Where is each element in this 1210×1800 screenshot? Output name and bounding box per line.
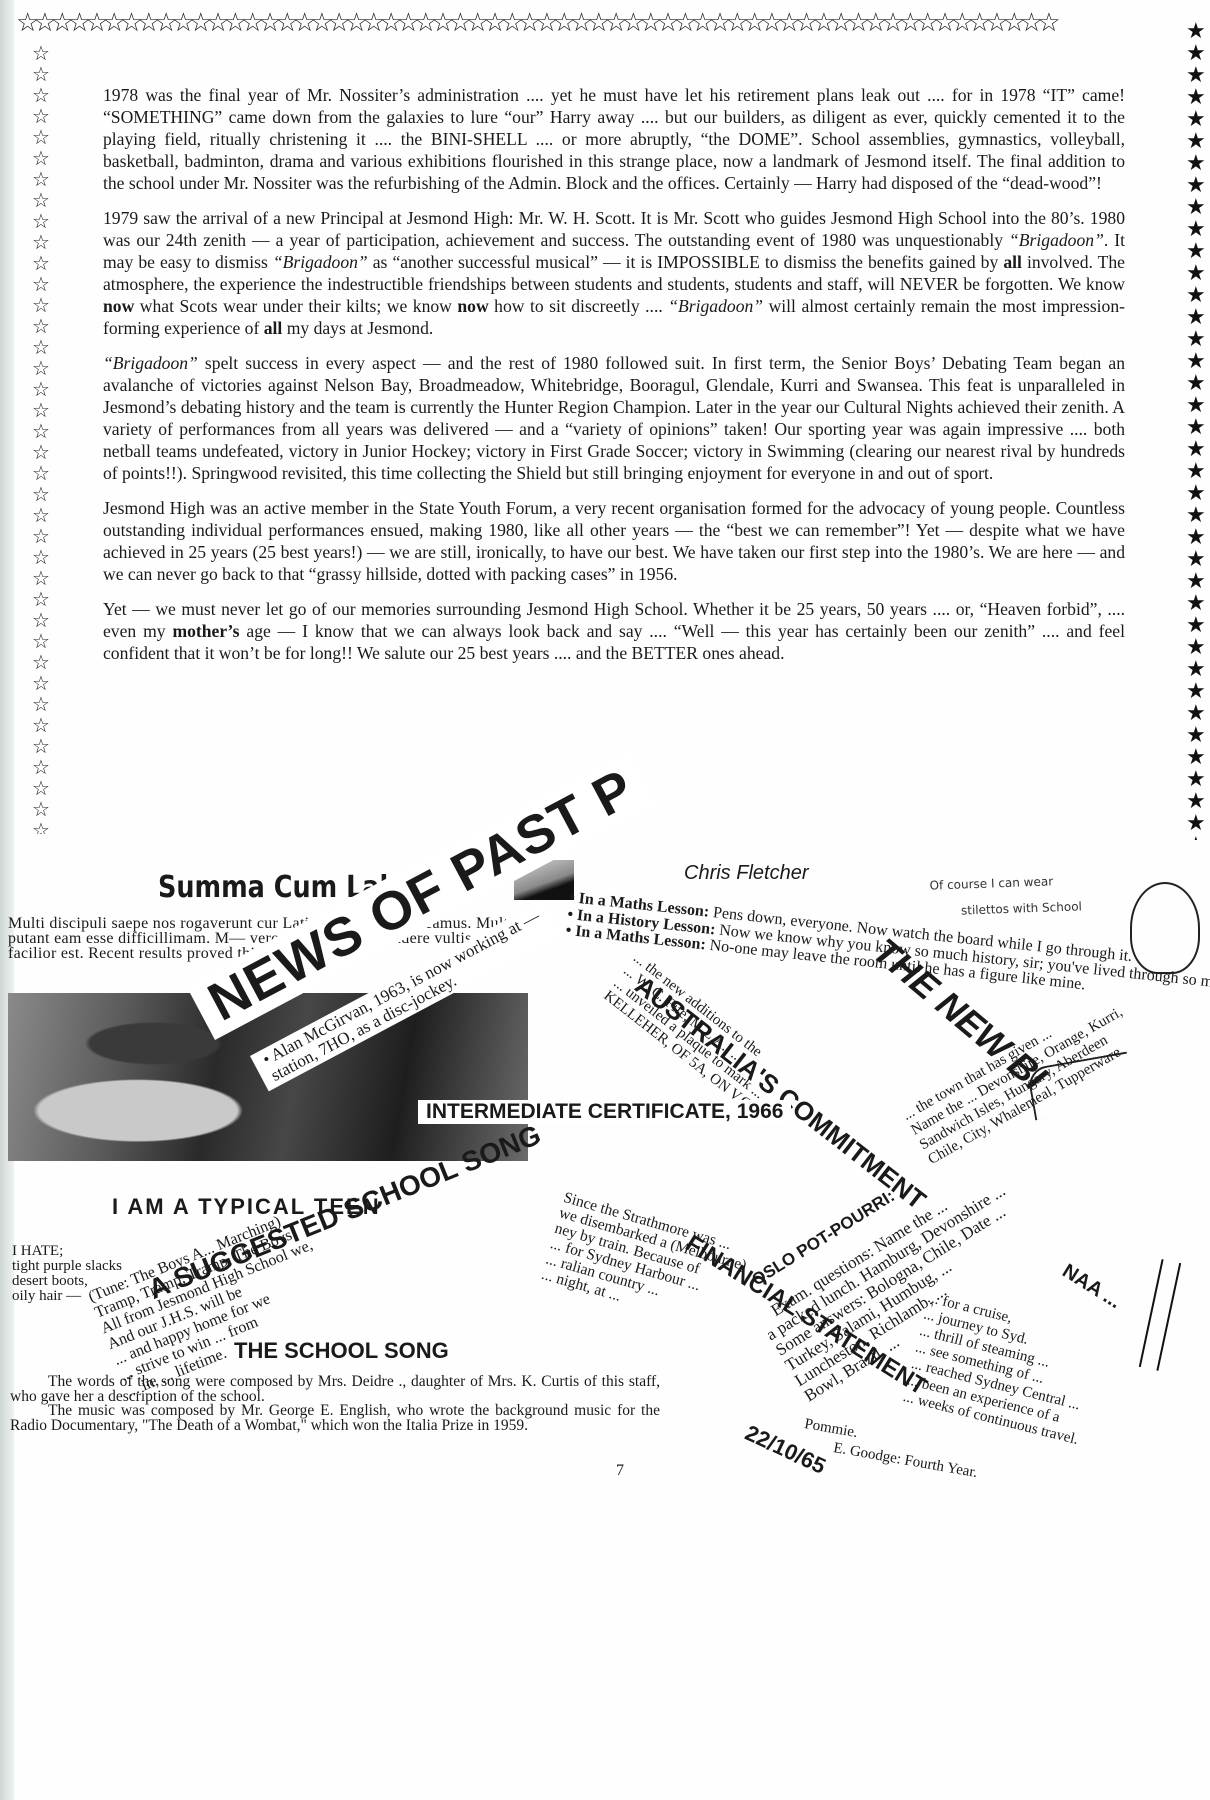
naa-headline: NAA ... xyxy=(1058,1260,1125,1314)
article-paragraph: 1978 was the final year of Mr. Nossiter’… xyxy=(103,84,1125,194)
article-body: 1978 was the final year of Mr. Nossiter’… xyxy=(103,84,1125,677)
article-paragraph: Jesmond High was an active member in the… xyxy=(103,497,1125,585)
song-note-paragraph: The music was composed by Mr. George E. … xyxy=(10,1404,660,1433)
article-paragraph: 1979 saw the arrival of a new Principal … xyxy=(103,207,1125,339)
star-border-left: ☆☆☆☆☆☆☆☆☆☆☆☆☆☆☆☆☆☆☆☆☆☆☆☆☆☆☆☆☆☆☆☆☆☆☆☆☆☆☆☆ xyxy=(32,44,56,834)
song-note-paragraph: The words of the song were composed by M… xyxy=(10,1375,660,1404)
news-clippings-collage: Summa Cum Labore Multi discipuli saepe n… xyxy=(0,860,1210,1560)
the-school-song-heading: THE SCHOOL SONG xyxy=(234,1338,449,1364)
star-border-top: ☆☆☆☆☆☆☆☆☆☆☆☆☆☆☆☆☆☆☆☆☆☆☆☆☆☆☆☆☆☆☆☆☆☆☆☆☆☆☆☆… xyxy=(16,8,1184,38)
girl-face-drawing-icon xyxy=(1130,882,1200,974)
cruise-clipping: ... for a cruise, ... journey to Syd. ..… xyxy=(901,1290,1104,1449)
handwritten-note: Of course I can wear stilettos with Scho… xyxy=(929,867,1082,924)
pommie-signoff: Pommie. xyxy=(803,1416,859,1442)
stiletto-sketch-icon xyxy=(1139,1259,1181,1371)
article-paragraph: “Brigadoon” spelt success in every aspec… xyxy=(103,352,1125,484)
star-border-right: ★★★★★★★★★★★★★★★★★★★★★★★★★★★★★★★★★★★★★★★★ xyxy=(1186,20,1210,840)
page-number: 7 xyxy=(616,1462,624,1480)
intermediate-certificate-headline: INTERMEDIATE CERTIFICATE, 1966 xyxy=(418,1100,791,1124)
author-signoff: E. Goodge: Fourth Year. xyxy=(832,1440,979,1482)
school-song-lyrics: (Tune: The Boys A... Marching) Tramp, Tr… xyxy=(86,1205,341,1400)
article-paragraph: Yet — we must never let go of our memori… xyxy=(103,598,1125,664)
school-song-notes: The words of the song were composed by M… xyxy=(10,1375,660,1433)
